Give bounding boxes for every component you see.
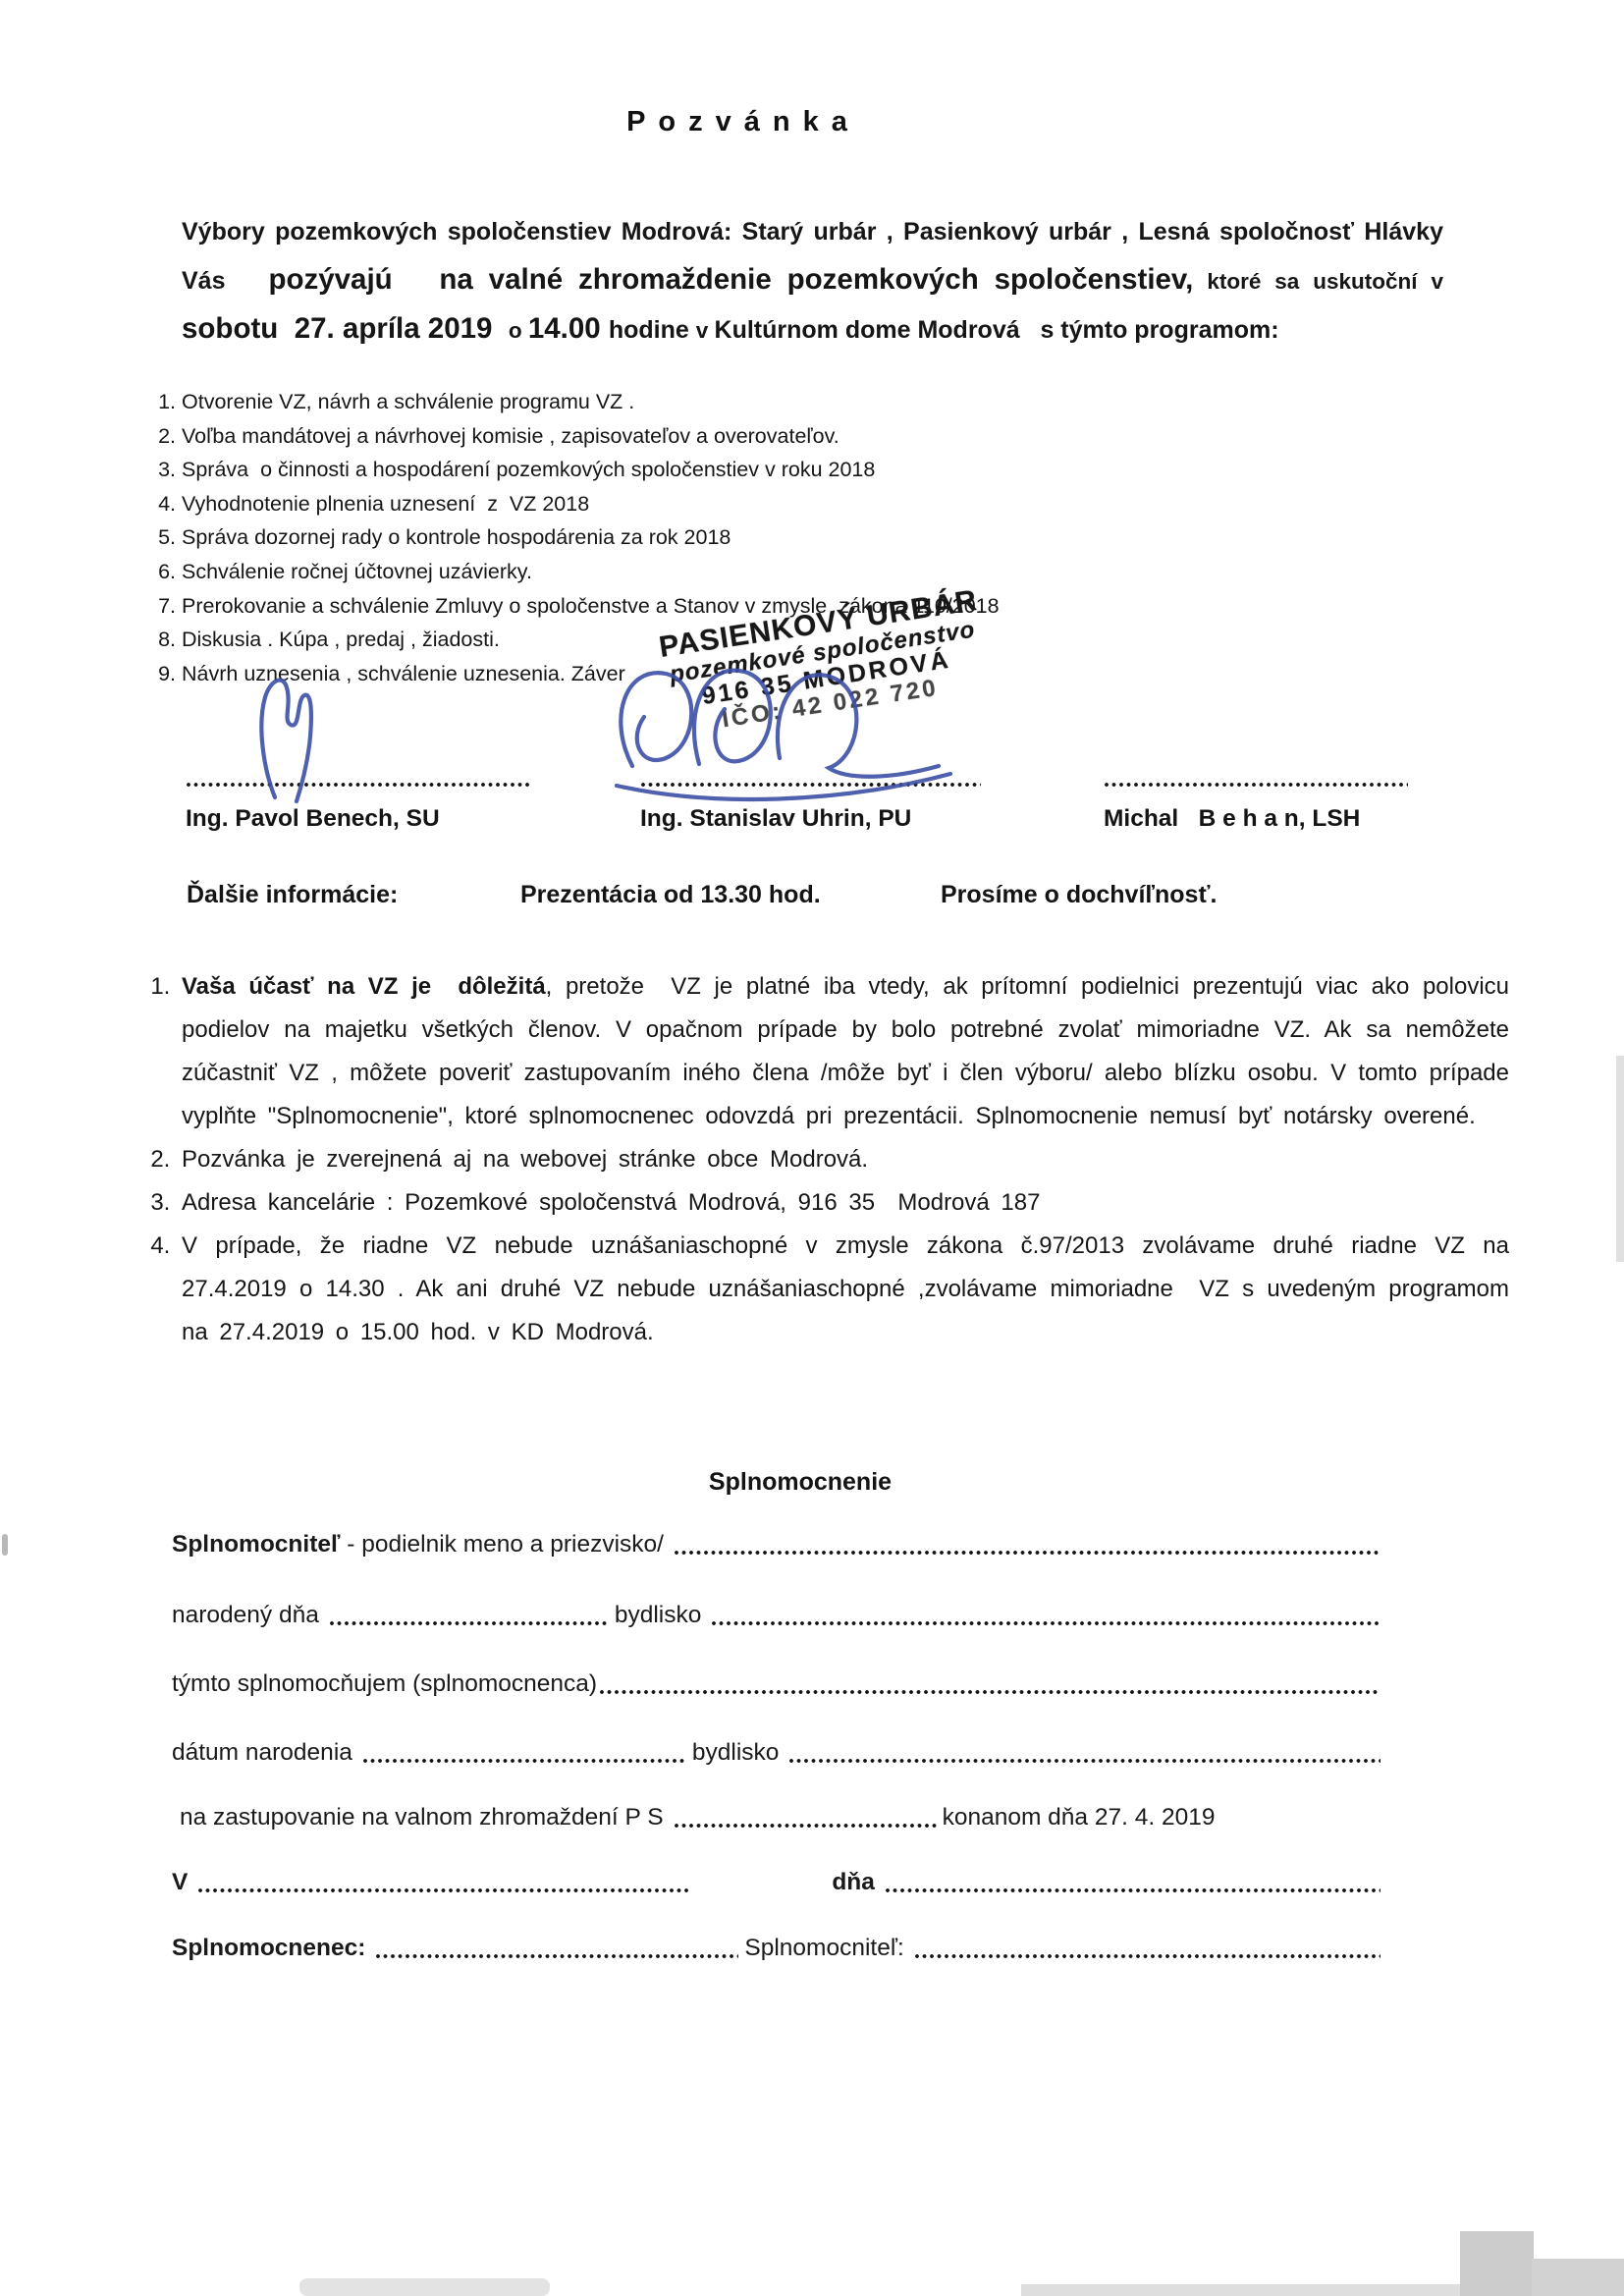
- principal-label-rest: - podielnik meno a priezvisko/: [340, 1530, 664, 1559]
- program-item-6: Schválenie ročnej účtovnej uzávierky.: [182, 555, 1507, 589]
- residence-field: [711, 1620, 1380, 1626]
- representation-label: na zastupovanie na valnom zhromaždení P …: [180, 1803, 664, 1832]
- signatory-name-behan: Michal B e h a n, LSH: [1104, 805, 1360, 833]
- date-of-birth-label: dátum narodenia: [172, 1738, 352, 1768]
- notes-list: Vaša účasť na VZ je dôležitá, pretože VZ…: [131, 965, 1509, 1354]
- agent-birthdate-field: [362, 1758, 686, 1764]
- date-field: [885, 1887, 1380, 1893]
- agent-residence-label: bydlisko: [692, 1738, 780, 1768]
- signatory-name-benech: Ing. Pavol Benech, SU: [186, 805, 440, 833]
- intro-segment: pozývajú na valné zhromaždenie pozemkový…: [268, 263, 1193, 296]
- principal-label: Splnomocniteľ: [172, 1530, 340, 1559]
- program-item-5: Správa dozornej rady o kontrole hospodár…: [182, 520, 1507, 555]
- program-item-4: Vyhodnotenie plnenia uznesení z VZ 2018: [182, 487, 1507, 521]
- intro-segment: v: [696, 318, 715, 343]
- intro-paragraph: Výbory pozemkových spoločenstiev Modrová…: [182, 210, 1443, 355]
- intro-segment: o: [509, 318, 528, 343]
- agent-sign-label: Splnomocnenec:: [172, 1934, 365, 1963]
- principal-name-field: [674, 1550, 1380, 1556]
- form-line-place-date: V dňa: [172, 1868, 1386, 1897]
- place-field: [197, 1887, 688, 1893]
- scanned-invitation-page: Pozvánka Výbory pozemkových spoločenstie…: [0, 0, 1624, 2296]
- form-line-principal: Splnomocniteľ - podielnik meno a priezvi…: [172, 1530, 1386, 1559]
- intro-segment: v: [1431, 269, 1461, 294]
- program-item-2: Voľba mandátovej a návrhovej komisie , z…: [182, 419, 1507, 454]
- intro-segment: sobotu 27. apríla 2019: [182, 312, 509, 345]
- scan-artifact: [2, 1534, 8, 1556]
- form-line-birthdate: narodený dňa bydlisko: [172, 1601, 1386, 1630]
- note-item-2: Pozvánka je zverejnená aj na webovej str…: [182, 1138, 1509, 1181]
- note-item-1: Vaša účasť na VZ je dôležitá, pretože VZ…: [182, 965, 1509, 1138]
- ps-name-field: [674, 1823, 937, 1829]
- presentation-time: Prezentácia od 13.30 hod.: [520, 881, 821, 909]
- intro-segment: Kultúrnom dome Modrová s týmto programom…: [715, 316, 1279, 344]
- more-info-label: Ďalšie informácie:: [187, 881, 398, 909]
- intro-segment: ktoré sa uskutoční: [1193, 269, 1431, 294]
- principal-sign-label: Splnomocniteľ:: [744, 1934, 903, 1963]
- signature-line: [1104, 782, 1408, 788]
- principal-sign-field: [914, 1953, 1380, 1959]
- agent-name-field: [599, 1689, 1380, 1695]
- residence-label: bydlisko: [615, 1601, 702, 1630]
- form-line-representation: na zastupovanie na valnom zhromaždení P …: [180, 1803, 1386, 1832]
- form-line-agent-birth: dátum narodenia bydlisko: [172, 1738, 1386, 1768]
- program-item-1: Otvorenie VZ, návrh a schválenie program…: [182, 385, 1507, 419]
- meeting-date-label: konanom dňa 27. 4. 2019: [943, 1803, 1216, 1832]
- agent-residence-field: [788, 1758, 1380, 1764]
- born-on-label: narodený dňa: [172, 1601, 319, 1630]
- proxy-form-heading: Splnomocnenie: [0, 1468, 1600, 1497]
- punctuality-note: Prosíme o dochvíľnosť.: [941, 881, 1217, 909]
- note-1-lead: Vaša účasť na VZ je dôležitá: [182, 973, 546, 1000]
- scan-artifact: [1616, 1056, 1624, 1262]
- form-line-signatures: Splnomocnenec: Splnomocniteľ:: [172, 1934, 1386, 1963]
- program-item-3: Správa o činnosti a hospodárení pozemkov…: [182, 453, 1507, 487]
- authorize-label: týmto splnomocňujem (splnomocnenca): [172, 1669, 597, 1699]
- signature-uhrin: [605, 648, 960, 813]
- form-line-authorize: týmto splnomocňujem (splnomocnenca): [172, 1669, 1386, 1699]
- scan-artifact: [299, 2278, 550, 2296]
- place-label: V: [172, 1868, 188, 1897]
- date-label: dňa: [832, 1868, 875, 1897]
- intro-segment: hodine: [609, 316, 696, 344]
- agent-sign-field: [375, 1953, 738, 1959]
- note-item-4: V prípade, že riadne VZ nebude uznášania…: [182, 1225, 1509, 1354]
- birthdate-field: [329, 1620, 609, 1626]
- note-item-3: Adresa kancelárie : Pozemkové spoločenst…: [182, 1181, 1509, 1225]
- scan-artifact: [1532, 2259, 1624, 2296]
- document-title: Pozvánka: [0, 106, 1487, 138]
- scan-artifact: [1460, 2231, 1534, 2296]
- signature-benech: [242, 654, 359, 806]
- intro-segment: 14.00: [528, 312, 609, 345]
